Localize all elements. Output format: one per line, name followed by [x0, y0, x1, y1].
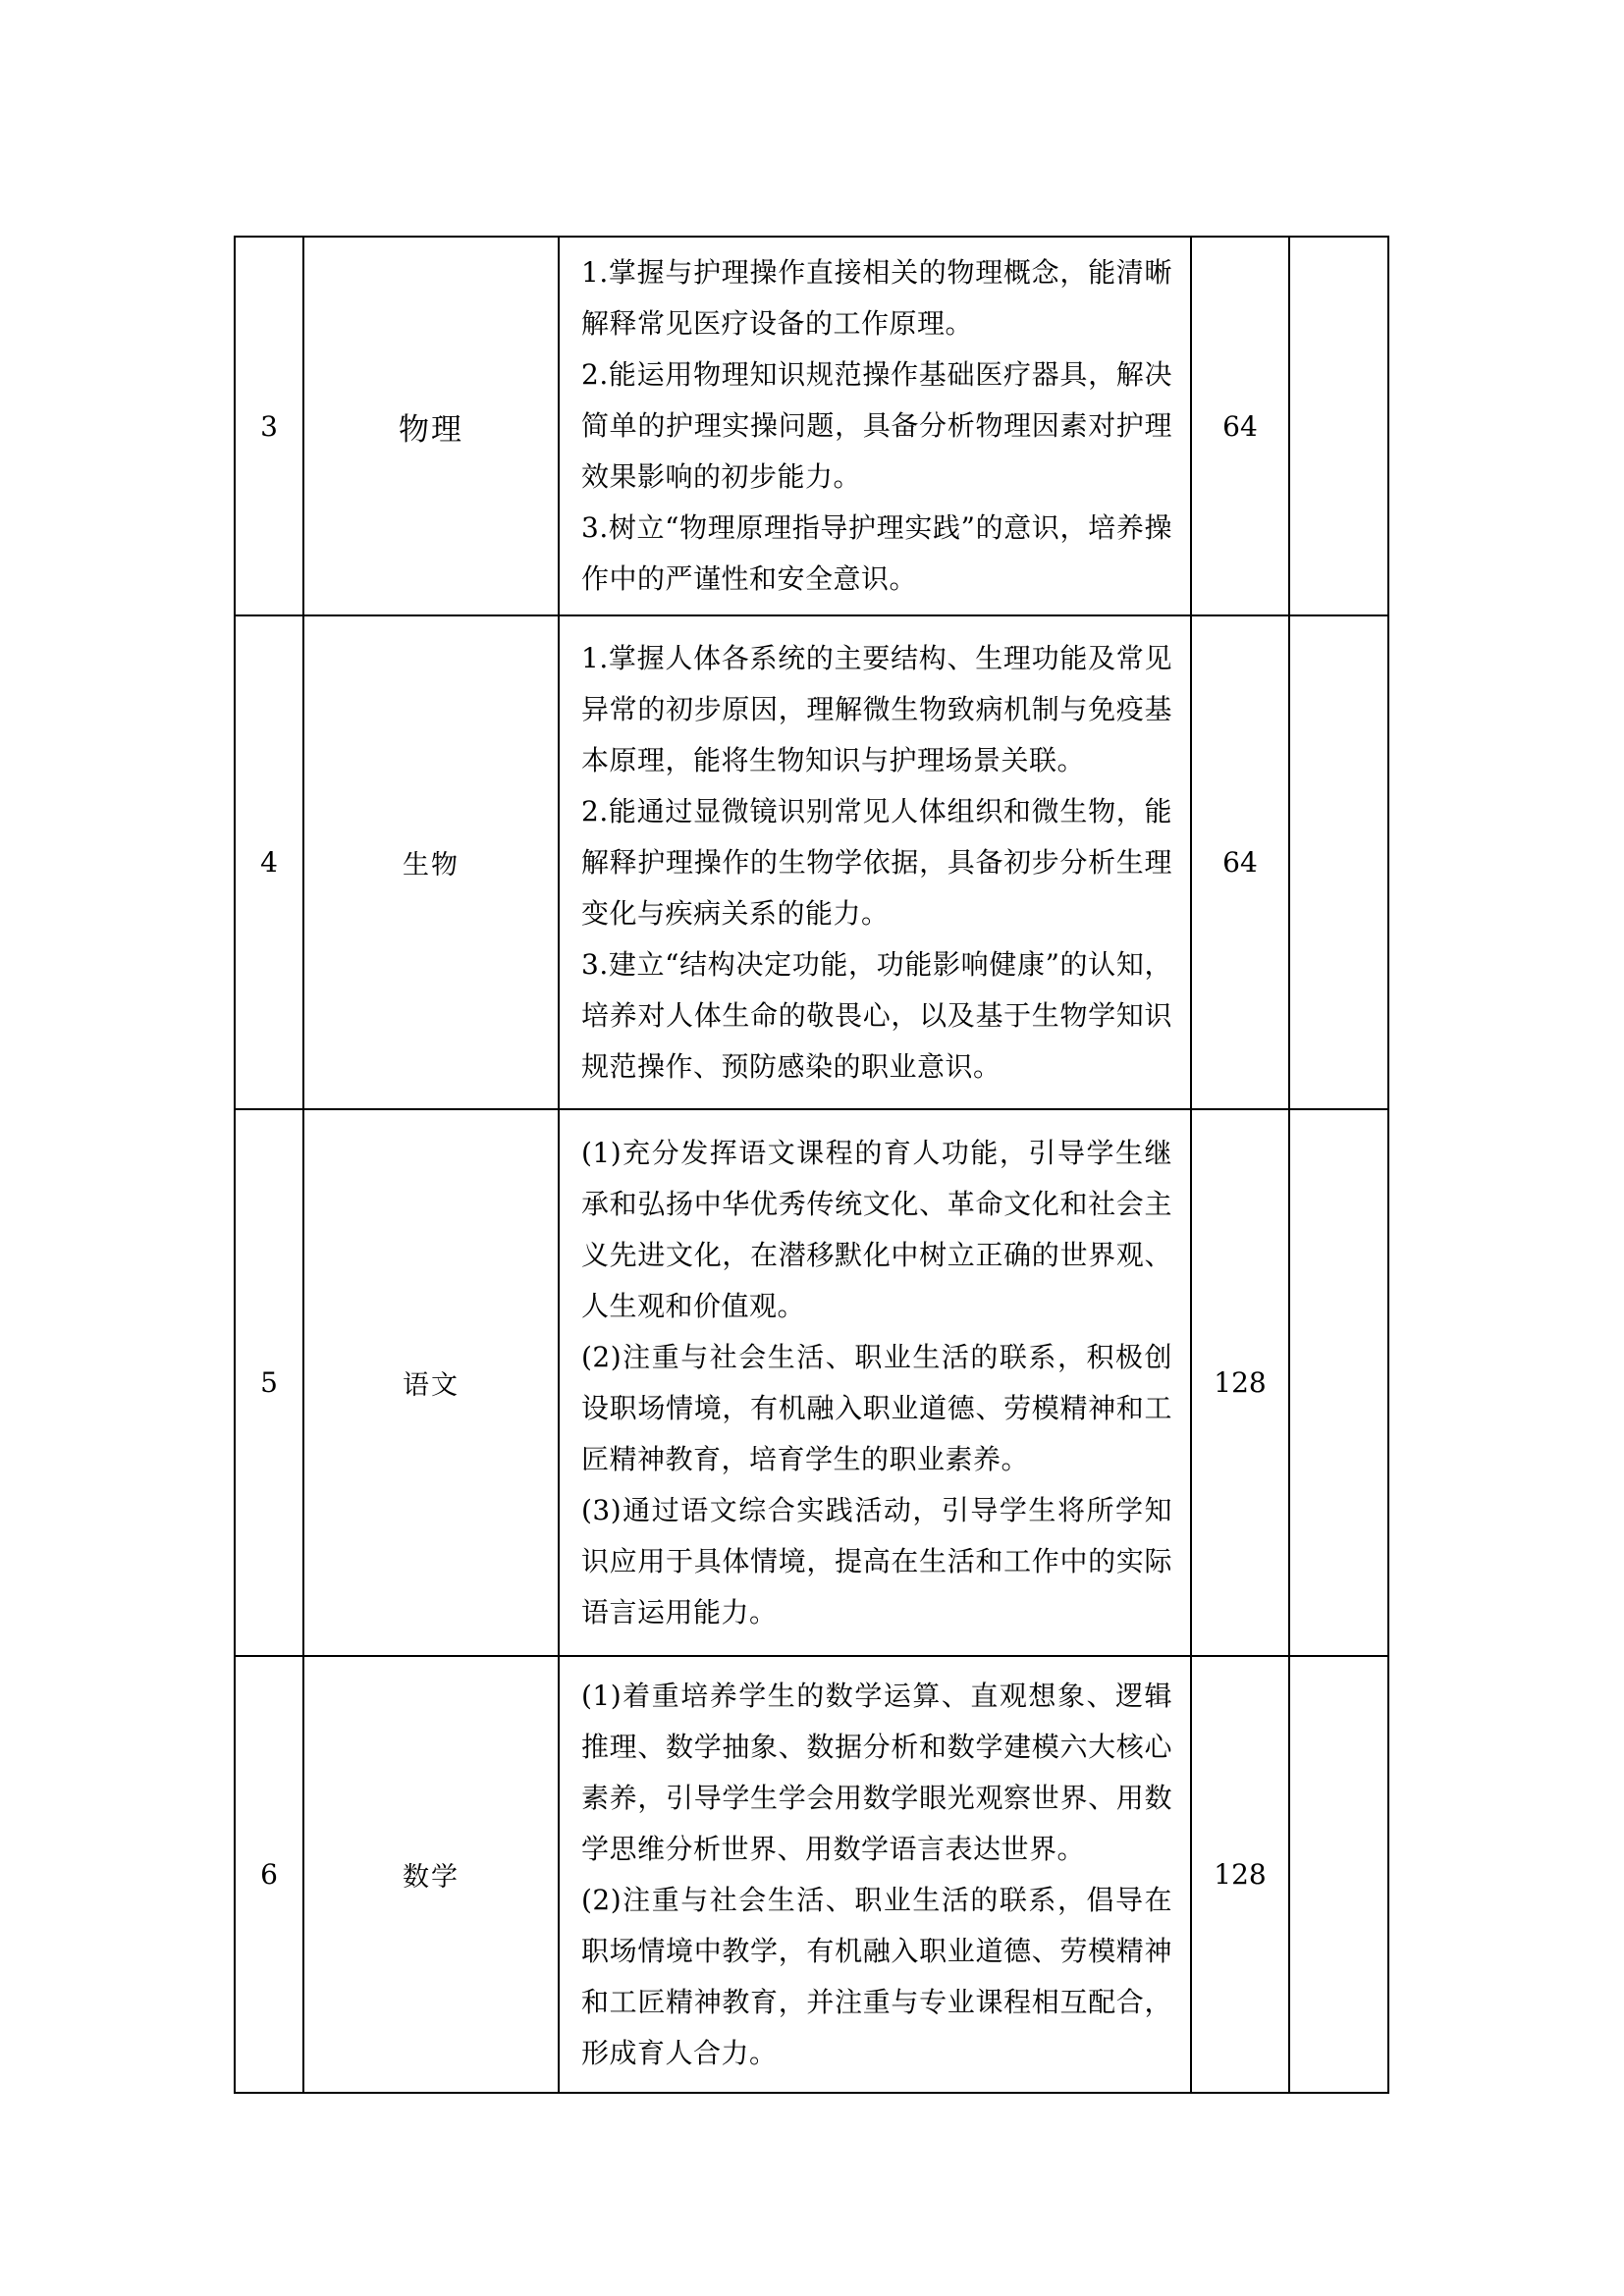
hours-value: 128 [1191, 1109, 1289, 1656]
hours-value: 64 [1191, 237, 1289, 615]
objectives-text: 1.掌握人体各系统的主要结构、生理功能及常见异常的初步原因，理解微生物致病机制与… [559, 615, 1191, 1109]
table-row-math: 6 数学 (1)着重培养学生的数学运算、直观想象、逻辑推理、数学抽象、数据分析和… [235, 1656, 1388, 2093]
table-row-physics: 3 物理 1.掌握与护理操作直接相关的物理概念，能清晰解释常见医疗设备的工作原理… [235, 237, 1388, 615]
subject-label: 数学 [303, 1656, 559, 2093]
table-row-chinese: 5 语文 (1)充分发挥语文课程的育人功能，引导学生继承和弘扬中华优秀传统文化、… [235, 1109, 1388, 1656]
row-number: 6 [235, 1656, 303, 2093]
document-page: 3 物理 1.掌握与护理操作直接相关的物理概念，能清晰解释常见医疗设备的工作原理… [0, 0, 1624, 2296]
remark-cell [1289, 1656, 1388, 2093]
table-row-biology: 4 生物 1.掌握人体各系统的主要结构、生理功能及常见异常的初步原因，理解微生物… [235, 615, 1388, 1109]
subject-label: 生物 [303, 615, 559, 1109]
subject-label: 语文 [303, 1109, 559, 1656]
subject-label: 物理 [303, 237, 559, 615]
hours-value: 128 [1191, 1656, 1289, 2093]
objectives-text: (1)着重培养学生的数学运算、直观想象、逻辑推理、数学抽象、数据分析和数学建模六… [559, 1656, 1191, 2093]
objectives-text: 1.掌握与护理操作直接相关的物理概念，能清晰解释常见医疗设备的工作原理。2.能运… [559, 237, 1191, 615]
row-number: 4 [235, 615, 303, 1109]
curriculum-table: 3 物理 1.掌握与护理操作直接相关的物理概念，能清晰解释常见医疗设备的工作原理… [234, 236, 1389, 2094]
remark-cell [1289, 615, 1388, 1109]
objectives-text: (1)充分发挥语文课程的育人功能，引导学生继承和弘扬中华优秀传统文化、革命文化和… [559, 1109, 1191, 1656]
hours-value: 64 [1191, 615, 1289, 1109]
remark-cell [1289, 237, 1388, 615]
row-number: 3 [235, 237, 303, 615]
row-number: 5 [235, 1109, 303, 1656]
remark-cell [1289, 1109, 1388, 1656]
